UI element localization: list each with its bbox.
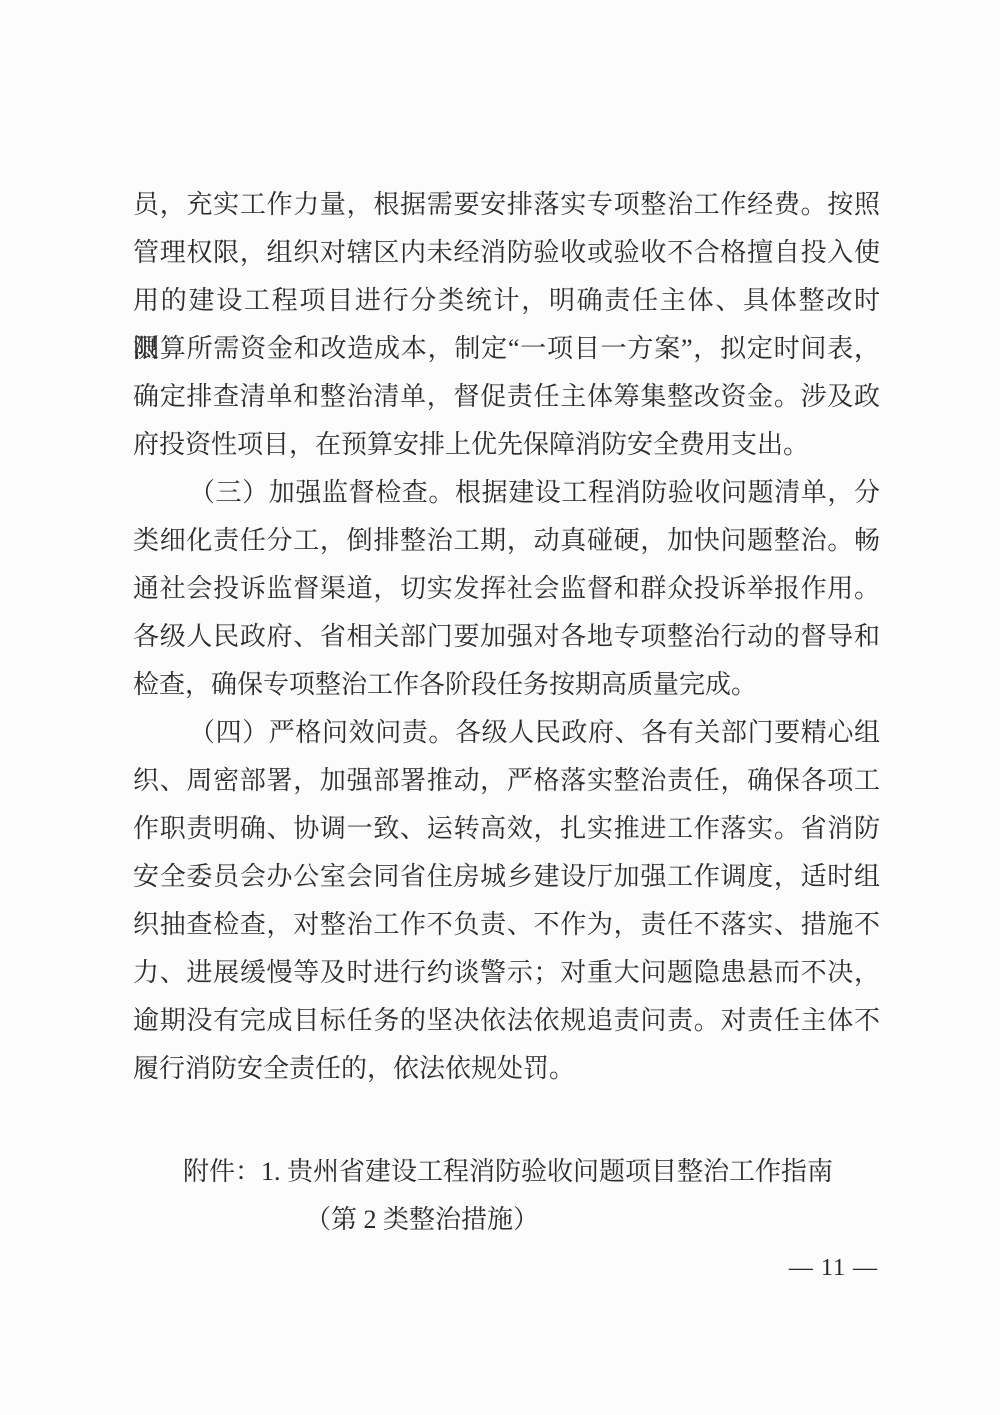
text-line: 通社会投诉监督渠道，切实发挥社会监督和群众投诉举报作用。	[133, 565, 880, 613]
text-line: （三）加强监督检查。根据建设工程消防验收问题清单，分	[133, 469, 880, 517]
page-number: — 11 —	[789, 1252, 878, 1284]
text-line: 力、进展缓慢等及时进行约谈警示；对重大问题隐患悬而不决，	[133, 949, 880, 997]
attachment-block: 附件：1. 贵州省建设工程消防验收问题项目整治工作指南 （第 2 类整治措施）	[133, 1148, 880, 1244]
text-line: 检查，确保专项整治工作各阶段任务按期高质量完成。	[133, 661, 880, 709]
text-line: 织抽查检查，对整治工作不负责、不作为，责任不落实、措施不	[133, 901, 880, 949]
text-line: 织、周密部署，加强部署推动，严格落实整治责任，确保各项工	[133, 757, 880, 805]
text-line: 用的建设工程项目进行分类统计，明确责任主体、具体整改时限，	[133, 277, 880, 325]
text-line: 逾期没有完成目标任务的坚决依法依规追责问责。对责任主体不	[133, 997, 880, 1045]
text-line: 安全委员会办公室会同省住房城乡建设厅加强工作调度，适时组	[133, 853, 880, 901]
attachment-line-1: 附件：1. 贵州省建设工程消防验收问题项目整治工作指南	[133, 1148, 880, 1196]
text-line: 各级人民政府、省相关部门要加强对各地专项整治行动的督导和	[133, 613, 880, 661]
text-line: 测算所需资金和改造成本，制定“一项目一方案”，拟定时间表，	[133, 325, 880, 373]
text-line: 类细化责任分工，倒排整治工期，动真碰硬，加快问题整治。畅	[133, 517, 880, 565]
document-body: 员，充实工作力量，根据需要安排落实专项整治工作经费。按照管理权限，组织对辖区内未…	[133, 181, 880, 1093]
text-line: （四）严格问效问责。各级人民政府、各有关部门要精心组	[133, 709, 880, 757]
text-line: 确定排查清单和整治清单，督促责任主体筹集整改资金。涉及政	[133, 373, 880, 421]
document-page: 员，充实工作力量，根据需要安排落实专项整治工作经费。按照管理权限，组织对辖区内未…	[0, 0, 1000, 1415]
text-line: 作职责明确、协调一致、运转高效，扎实推进工作落实。省消防	[133, 805, 880, 853]
text-line: 府投资性项目，在预算安排上优先保障消防安全费用支出。	[133, 421, 880, 469]
attachment-line-2: （第 2 类整治措施）	[133, 1196, 880, 1244]
text-line: 履行消防安全责任的，依法依规处罚。	[133, 1045, 880, 1093]
text-line: 员，充实工作力量，根据需要安排落实专项整治工作经费。按照	[133, 181, 880, 229]
text-line: 管理权限，组织对辖区内未经消防验收或验收不合格擅自投入使	[133, 229, 880, 277]
